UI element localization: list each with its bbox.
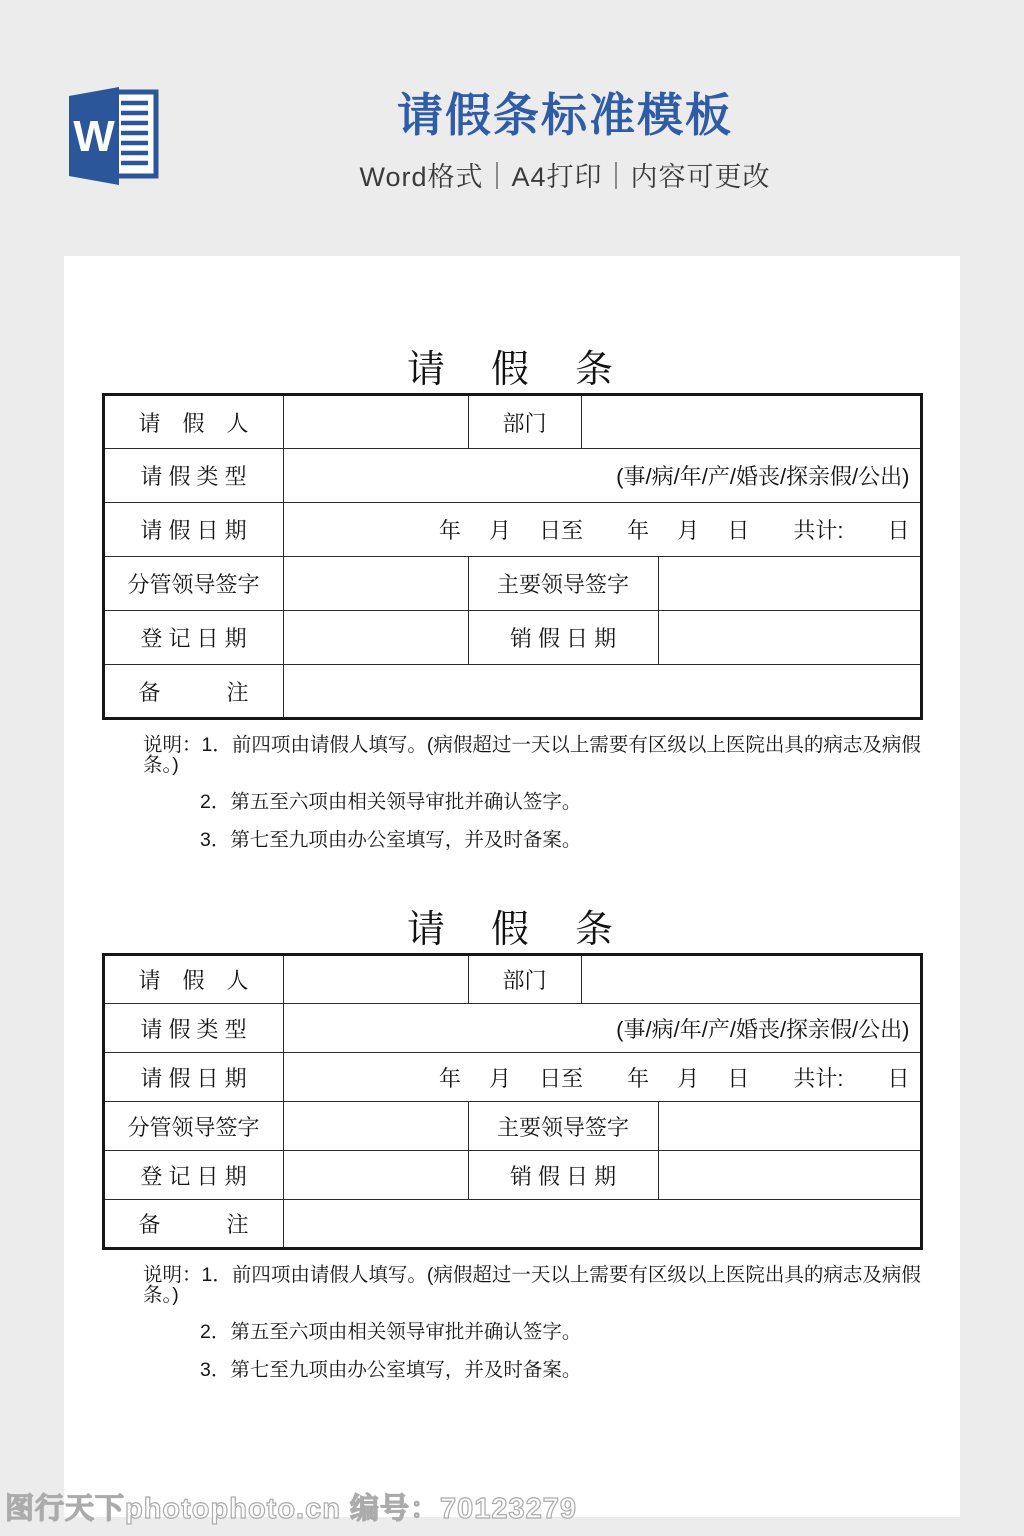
remark-label-cell: 备 注 xyxy=(103,1200,283,1249)
department-label-cell: 部门 xyxy=(468,955,581,1004)
applicant-value-cell xyxy=(283,955,468,1004)
note-line: 2．第五至六项由相关领导审批并确认签字。 xyxy=(200,793,921,813)
form1-table: 请 假 人 部门 请 假 类 型 (事/病/年/产/婚丧/探亲假/公出) 请 假… xyxy=(102,393,923,720)
register-label-cell: 登 记 日 期 xyxy=(103,611,283,665)
remark-value-cell xyxy=(283,665,921,719)
remark-label-cell: 备 注 xyxy=(103,665,283,719)
cancel-label-cell: 销 假 日 期 xyxy=(468,611,658,665)
form2-title: 请 假 条 xyxy=(64,850,960,953)
word-letter: W xyxy=(73,112,115,161)
leader1-label-cell: 分管领导签字 xyxy=(103,557,283,611)
page-title: 请假条标准模板 xyxy=(170,88,960,143)
leave-type-hint-cell: (事/病/年/产/婚丧/探亲假/公出) xyxy=(283,449,921,503)
leave-type-label-cell: 请 假 类 型 xyxy=(103,1004,283,1053)
leave-date-label-cell: 请 假 日 期 xyxy=(103,503,283,557)
form1-notes: 说明：1．前四项由请假人填写。(病假超过一天以上需要有区级以上医院出具的病志及病… xyxy=(103,736,921,850)
form1-row-register-date: 登 记 日 期 销 假 日 期 xyxy=(103,611,921,665)
form1-row-leader-sign: 分管领导签字 主要领导签字 xyxy=(103,557,921,611)
leave-date-content-cell: 年 月 日至 年 月 日 共计: 日 xyxy=(283,1053,921,1102)
note-line: 3．第七至九项由办公室填写，并及时备案。 xyxy=(200,1361,921,1381)
leave-type-hint-cell: (事/病/年/产/婚丧/探亲假/公出) xyxy=(283,1004,921,1053)
leave-type-label-cell: 请 假 类 型 xyxy=(103,449,283,503)
page-subtitle: Word格式｜A4打印｜内容可更改 xyxy=(170,155,960,194)
form2-row-applicant: 请 假 人 部门 xyxy=(103,955,921,1004)
word-logo-icon: W xyxy=(62,84,162,188)
site-watermark: 图行天下photophoto.cn 编号：70123279 xyxy=(5,1486,577,1527)
register-label-cell: 登 记 日 期 xyxy=(103,1151,283,1200)
leader2-value-cell xyxy=(658,1102,921,1151)
cancel-label-cell: 销 假 日 期 xyxy=(468,1151,658,1200)
department-value-cell xyxy=(581,955,921,1004)
applicant-value-cell xyxy=(283,395,468,449)
form2-row-leave-type: 请 假 类 型 (事/病/年/产/婚丧/探亲假/公出) xyxy=(103,1004,921,1053)
note-line: 说明：1．前四项由请假人填写。(病假超过一天以上需要有区级以上医院出具的病志及病… xyxy=(143,736,921,775)
form1-row-leave-type: 请 假 类 型 (事/病/年/产/婚丧/探亲假/公出) xyxy=(103,449,921,503)
form2-row-remark: 备 注 xyxy=(103,1200,921,1249)
applicant-label-cell: 请 假 人 xyxy=(103,955,283,1004)
form1-row-applicant: 请 假 人 部门 xyxy=(103,395,921,449)
leader1-label-cell: 分管领导签字 xyxy=(103,1102,283,1151)
note-line: 3．第七至九项由办公室填写，并及时备案。 xyxy=(200,831,921,851)
leader1-value-cell xyxy=(283,557,468,611)
applicant-label-cell: 请 假 人 xyxy=(103,395,283,449)
leader2-label-cell: 主要领导签字 xyxy=(468,557,658,611)
leave-date-content-cell: 年 月 日至 年 月 日 共计: 日 xyxy=(283,503,921,557)
leader2-label-cell: 主要领导签字 xyxy=(468,1102,658,1151)
cancel-value-cell xyxy=(658,611,921,665)
header-text-block: 请假条标准模板 Word格式｜A4打印｜内容可更改 xyxy=(170,88,960,194)
document-page: 请 假 条 请 假 人 部门 请 假 类 型 (事/病/年/产/婚丧/探亲假/公… xyxy=(64,256,960,1517)
form1-title: 请 假 条 xyxy=(64,256,960,393)
form2-table: 请 假 人 部门 请 假 类 型 (事/病/年/产/婚丧/探亲假/公出) 请 假… xyxy=(102,953,923,1250)
form2-row-register-date: 登 记 日 期 销 假 日 期 xyxy=(103,1151,921,1200)
form2-notes: 说明：1．前四项由请假人填写。(病假超过一天以上需要有区级以上医院出具的病志及病… xyxy=(103,1266,921,1380)
header: W 请假条标准模板 Word格式｜A4打印｜内容可更改 xyxy=(0,0,1024,256)
register-value-cell xyxy=(283,611,468,665)
remark-value-cell xyxy=(283,1200,921,1249)
department-value-cell xyxy=(581,395,921,449)
form2-row-leave-date: 请 假 日 期 年 月 日至 年 月 日 共计: 日 xyxy=(103,1053,921,1102)
cancel-value-cell xyxy=(658,1151,921,1200)
register-value-cell xyxy=(283,1151,468,1200)
note-line: 2．第五至六项由相关领导审批并确认签字。 xyxy=(200,1323,921,1343)
note-line: 说明：1．前四项由请假人填写。(病假超过一天以上需要有区级以上医院出具的病志及病… xyxy=(143,1266,921,1305)
leave-date-label-cell: 请 假 日 期 xyxy=(103,1053,283,1102)
department-label-cell: 部门 xyxy=(468,395,581,449)
leader2-value-cell xyxy=(658,557,921,611)
form1-row-remark: 备 注 xyxy=(103,665,921,719)
form2-row-leader-sign: 分管领导签字 主要领导签字 xyxy=(103,1102,921,1151)
leader1-value-cell xyxy=(283,1102,468,1151)
form1-row-leave-date: 请 假 日 期 年 月 日至 年 月 日 共计: 日 xyxy=(103,503,921,557)
word-document-lines xyxy=(121,103,148,163)
